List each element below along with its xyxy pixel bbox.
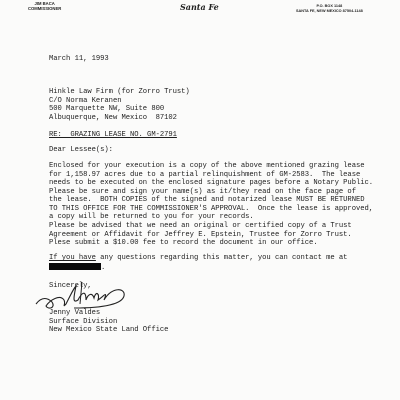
paragraph-line: Agreement or Affidavit for Jeffrey E. Ep…	[49, 231, 352, 240]
commissioner-title: COMMISSIONER	[28, 6, 61, 11]
recipient-line: Hinkle Law Firm (for Zorro Trust)	[49, 88, 190, 97]
letterhead-commissioner: JIM BACA COMMISSIONER	[28, 1, 61, 11]
signer-name: Jenny Valdes	[49, 309, 100, 318]
period: .	[101, 264, 105, 272]
letter-date: March 11, 1993	[49, 55, 109, 64]
letterhead-city: Santa Fe	[180, 5, 219, 10]
letterhead-address: P.O. BOX 1148 SANTA FE, NEW MEXICO 87504…	[296, 4, 363, 14]
redacted-contact-info	[49, 263, 101, 270]
recipient-line: C/O Norma Keranen	[49, 97, 121, 106]
paragraph-line: If you have any questions regarding this…	[49, 254, 347, 263]
paragraph-line: for 1,158.97 acres due to a partial reli…	[49, 171, 360, 180]
paragraph-line: TO THIS OFFICE FOR THE COMMISSIONER'S AP…	[49, 205, 373, 214]
paragraph-line: .	[49, 263, 105, 273]
paragraph-line: Please be advised that we need an origin…	[49, 222, 352, 231]
recipient-line: 500 Marquette NW, Suite 800	[49, 105, 164, 114]
paragraph-line: Plese submit a $10.00 fee to record the …	[49, 239, 318, 248]
recipient-line: Albuquerque, New Mexico 87102	[49, 114, 177, 123]
contact-text: any questions regarding this matter, you…	[96, 254, 348, 262]
salutation: Dear Lessee(s):	[49, 146, 113, 155]
paragraph-line: needs to be executed on the enclosed sig…	[49, 179, 373, 188]
city-state-zip: SANTA FE, NEW MEXICO 87504-1148	[296, 9, 363, 14]
paragraph-line: Please be sure and sign your name(s) as …	[49, 188, 356, 197]
subject-line: RE: GRAZING LEASE NO. GM-2791	[49, 131, 177, 140]
paragraph-line: a copy will be returned to you for your …	[49, 213, 254, 222]
signer-office: New Mexico State Land Office	[49, 326, 168, 335]
paragraph-line: Enclosed for your execution is a copy of…	[49, 162, 364, 171]
paragraph-line: the lease. BOTH COPIES of the signed and…	[49, 196, 364, 205]
underlined-text: If you have	[49, 254, 96, 262]
signer-division: Surface Division	[49, 318, 117, 327]
